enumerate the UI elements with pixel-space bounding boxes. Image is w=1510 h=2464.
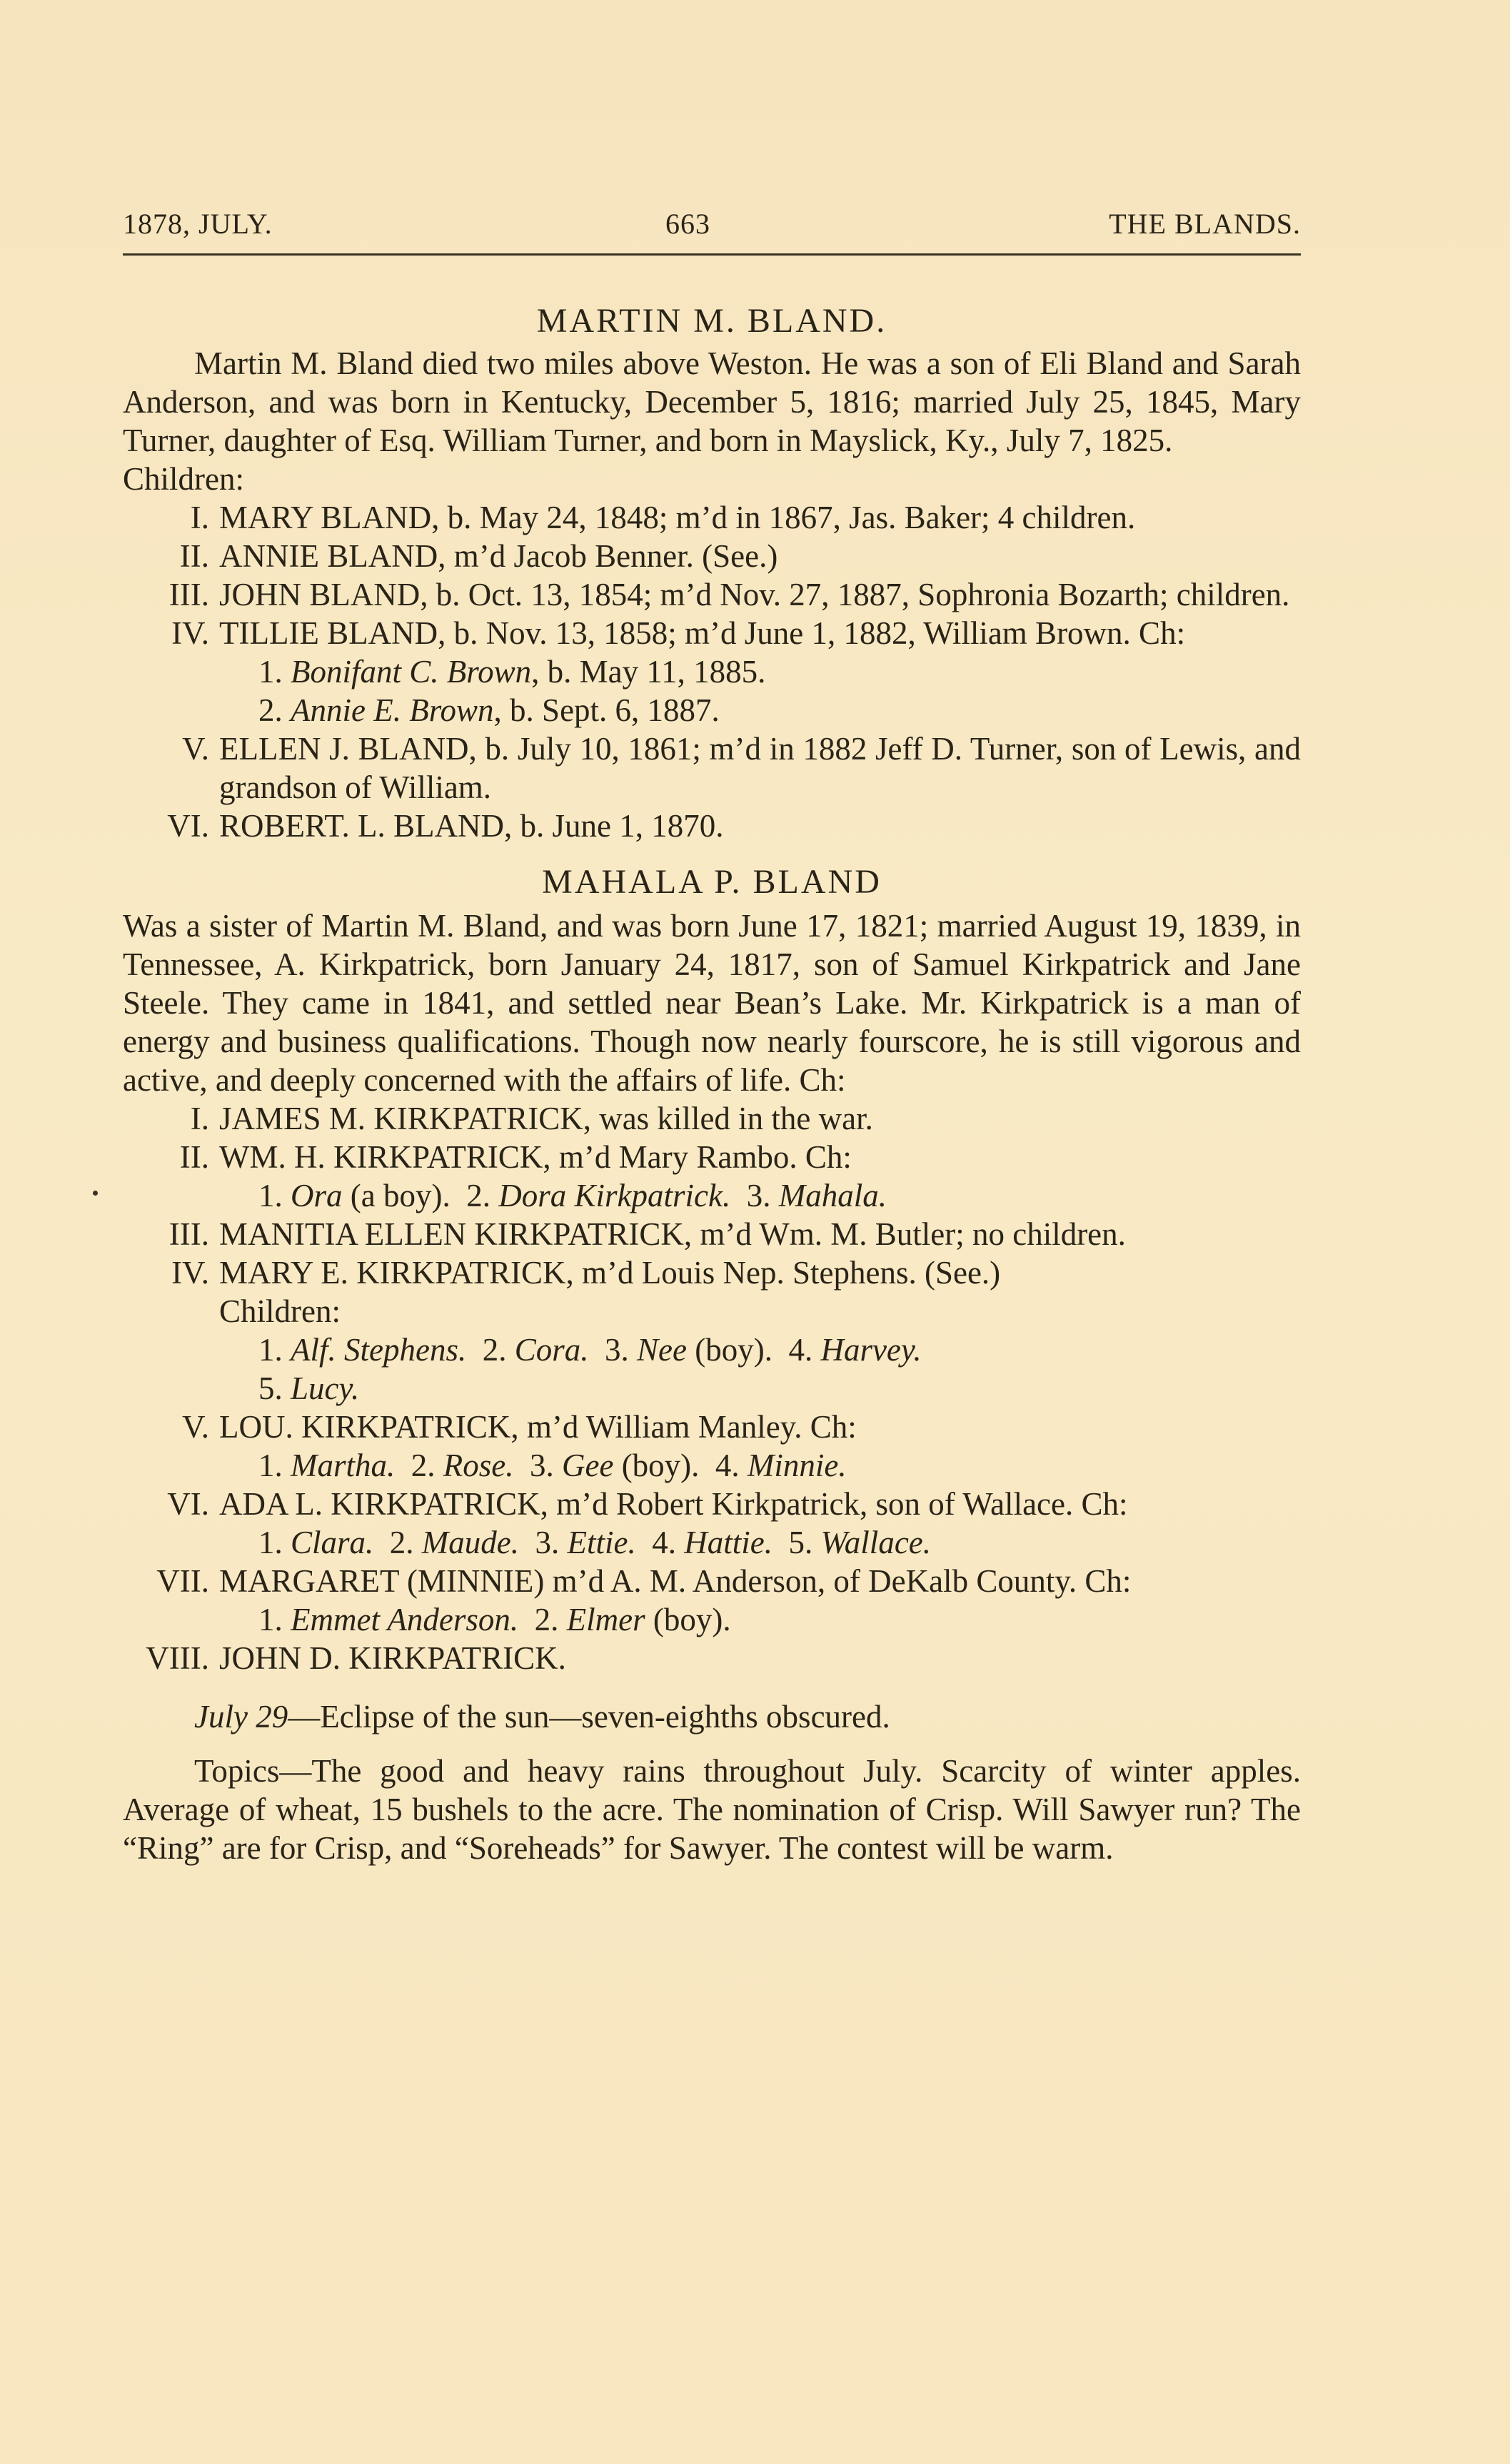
child-entry: I.MARY BLAND, b. May 24, 1848; m’d in 18… (123, 498, 1301, 537)
section-heading-mahala: MAHALA P. BLAND (123, 861, 1301, 904)
diary-topics: Topics—The good and heavy rains througho… (123, 1752, 1301, 1867)
grandchild-entry: 2. Annie E. Brown, b. Sept. 6, 1887. (123, 691, 1301, 729)
page-content: MARTIN M. BLAND. Martin M. Bland died tw… (123, 300, 1301, 1867)
grandchildren-line: 1. Emmet Anderson. 2. Elmer (boy). (123, 1600, 1301, 1639)
child-entry: IV.MARY E. KIRKPATRICK, m’d Louis Nep. S… (123, 1253, 1301, 1292)
child-entry: VII.MARGARET (MINNIE) m’d A. M. Anderson… (123, 1562, 1301, 1600)
child-entry: V.LOU. KIRKPATRICK, m’d William Manley. … (123, 1408, 1301, 1446)
page-number: 663 (665, 207, 710, 241)
grandchildren-line: 1. Martha. 2. Rose. 3. Gee (boy). 4. Min… (123, 1446, 1301, 1485)
diary-eclipse-note: July 29—Eclipse of the sun—seven-eighths… (123, 1697, 1301, 1736)
child-entry: II.ANNIE BLAND, m’d Jacob Benner. (See.) (123, 537, 1301, 575)
section-heading-martin: MARTIN M. BLAND. (123, 300, 1301, 343)
running-head-title: THE BLANDS. (1109, 207, 1301, 241)
section-intro-martin: Martin M. Bland died two miles above Wes… (123, 344, 1301, 460)
children-label: Children: (123, 1292, 1301, 1331)
running-head: 1878, JULY. 663 THE BLANDS. (123, 207, 1301, 243)
child-entry: VI.ADA L. KIRKPATRICK, m’d Robert Kirkpa… (123, 1485, 1301, 1523)
child-entry: III.MANITIA ELLEN KIRKPATRICK, m’d Wm. M… (123, 1215, 1301, 1253)
child-entry: VIII.JOHN D. KIRKPATRICK. (123, 1639, 1301, 1677)
running-head-date: 1878, JULY. (123, 207, 273, 241)
grandchild-entry: 1. Bonifant C. Brown, b. May 11, 1885. (123, 652, 1301, 691)
child-entry: III.JOHN BLAND, b. Oct. 13, 1854; m’d No… (123, 575, 1301, 614)
section-intro-mahala: Was a sister of Martin M. Bland, and was… (123, 907, 1301, 1099)
diary-date: July 29 (194, 1699, 288, 1735)
child-entry: VI.ROBERT. L. BLAND, b. June 1, 1870. (123, 807, 1301, 845)
children-label: Children: (123, 460, 1301, 498)
child-entry: II.WM. H. KIRKPATRICK, m’d Mary Rambo. C… (123, 1138, 1301, 1176)
header-rule (123, 253, 1301, 256)
grandchildren-line: 1. Ora (a boy). 2. Dora Kirkpatrick. 3. … (123, 1176, 1301, 1215)
print-speck (93, 1191, 98, 1196)
grandchildren-line: 1. Clara. 2. Maude. 3. Ettie. 4. Hattie.… (123, 1523, 1301, 1562)
child-entry: V.ELLEN J. BLAND, b. July 10, 1861; m’d … (123, 729, 1301, 807)
child-entry: IV.TILLIE BLAND, b. Nov. 13, 1858; m’d J… (123, 614, 1301, 652)
child-entry: I.JAMES M. KIRKPATRICK, was killed in th… (123, 1099, 1301, 1138)
grandchildren-line: 1. Alf. Stephens. 2. Cora. 3. Nee (boy).… (123, 1331, 1301, 1408)
